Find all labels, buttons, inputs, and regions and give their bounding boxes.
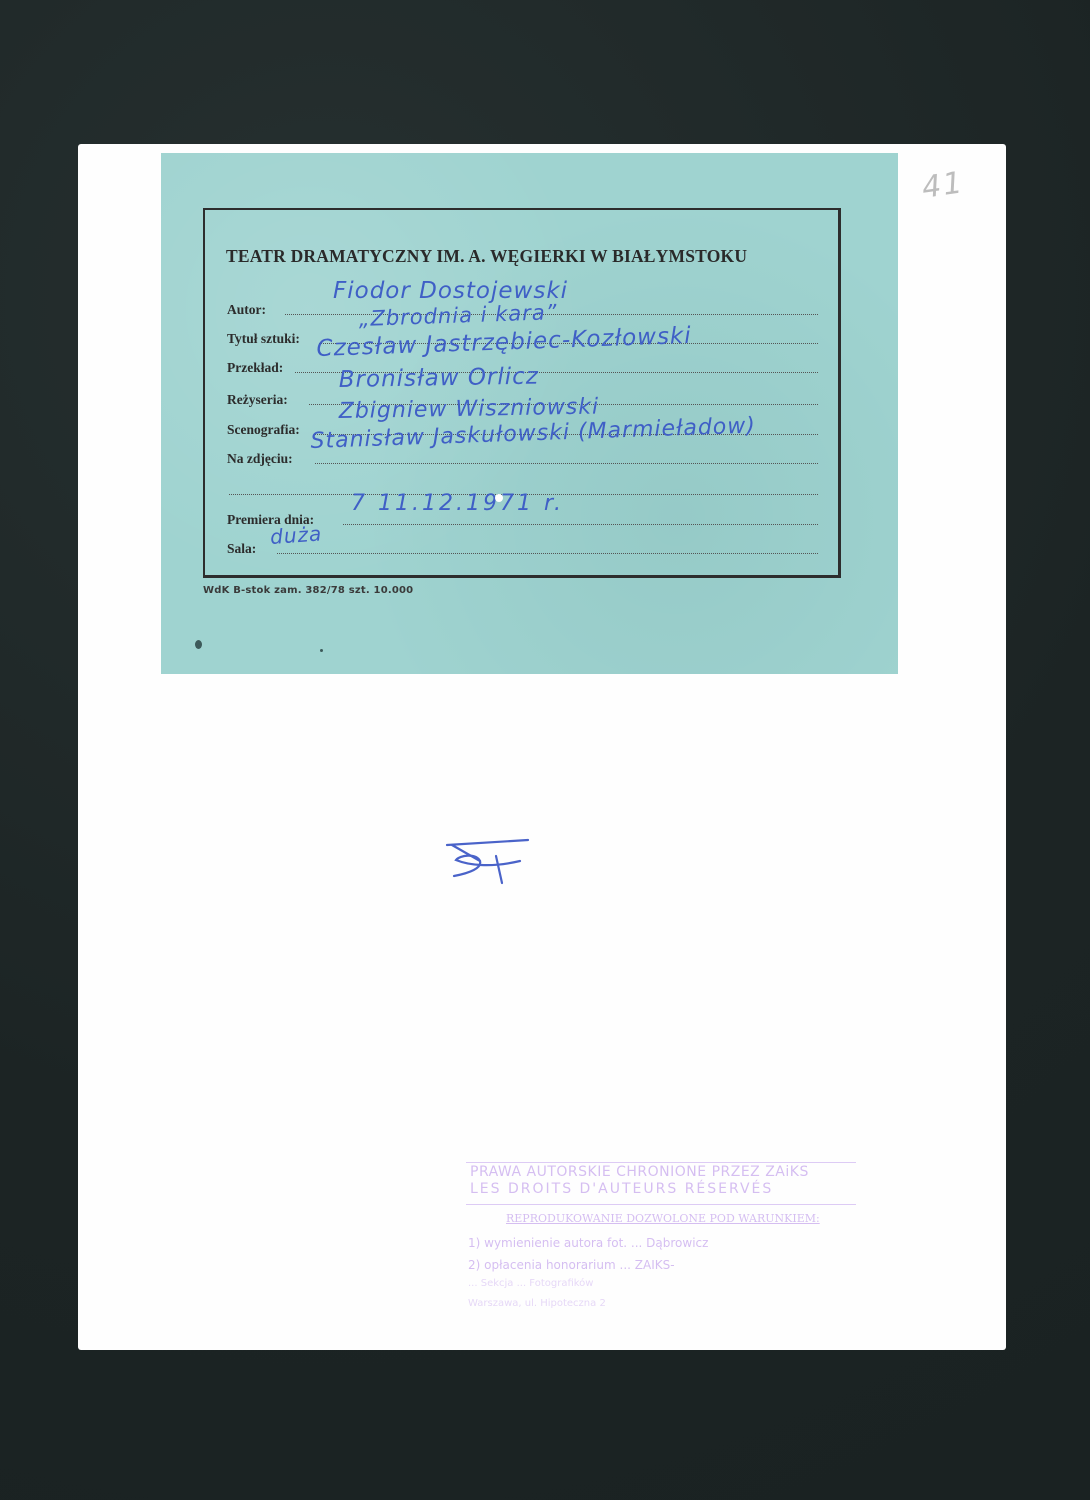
- punch-hole: [495, 494, 503, 502]
- field-label-na-zdjeciu: Na zdjęciu:: [227, 451, 293, 467]
- dotted-line: [343, 524, 818, 525]
- dotted-line: [315, 463, 818, 464]
- handwritten-sala: duża: [269, 521, 323, 549]
- stamp-line-1: PRAWA AUTORSKIE CHRONIONE PRZEZ ZAiKS: [470, 1164, 809, 1180]
- stamp-rule: [466, 1162, 856, 1163]
- field-label-sala: Sala:: [227, 541, 256, 557]
- stamp-line-2: LES DROITS D'AUTEURS RÉSERVÉS: [470, 1181, 773, 1197]
- handwritten-premiera: 7 11.12.1971 r.: [351, 491, 564, 516]
- stamp-line-5: 2) opłacenia honorarium ... ZAIKS-: [468, 1258, 675, 1272]
- stamp-line-7: Warszawa, ul. Hipoteczna 2: [468, 1298, 606, 1309]
- stamp-line-3: REPRODUKOWANIE DOZWOLONE POD WARUNKIEM:: [506, 1212, 820, 1225]
- field-label-rezyseria: Reżyseria:: [227, 392, 288, 408]
- field-label-tytul: Tytuł sztuki:: [227, 331, 300, 347]
- ink-speck: [195, 640, 202, 649]
- field-label-autor: Autor:: [227, 302, 266, 318]
- copyright-stamp: PRAWA AUTORSKIE CHRONIONE PRZEZ ZAiKS LE…: [458, 1148, 870, 1338]
- stamp-rule: [466, 1204, 856, 1205]
- print-code: WdK B-stok zam. 382/78 szt. 10.000: [203, 585, 413, 596]
- dotted-line: [277, 553, 818, 554]
- ink-speck: [320, 649, 323, 652]
- signature-mark: [440, 828, 540, 888]
- stamp-line-4: 1) wymienienie autora fot. ... Dąbrowicz: [468, 1236, 708, 1250]
- page-number: 41: [920, 165, 967, 206]
- card-title: TEATR DRAMATYCZNY IM. A. WĘGIERKI W BIAŁ…: [226, 246, 747, 267]
- stamp-line-6: ... Sekcja ... Fotografików: [468, 1278, 593, 1289]
- field-label-scenografia: Scenografia:: [227, 422, 300, 438]
- handwritten-rezyseria: Bronisław Orlicz: [339, 364, 540, 393]
- theatre-info-card: TEATR DRAMATYCZNY IM. A. WĘGIERKI W BIAŁ…: [161, 153, 898, 674]
- field-label-przeklad: Przekład:: [227, 360, 283, 376]
